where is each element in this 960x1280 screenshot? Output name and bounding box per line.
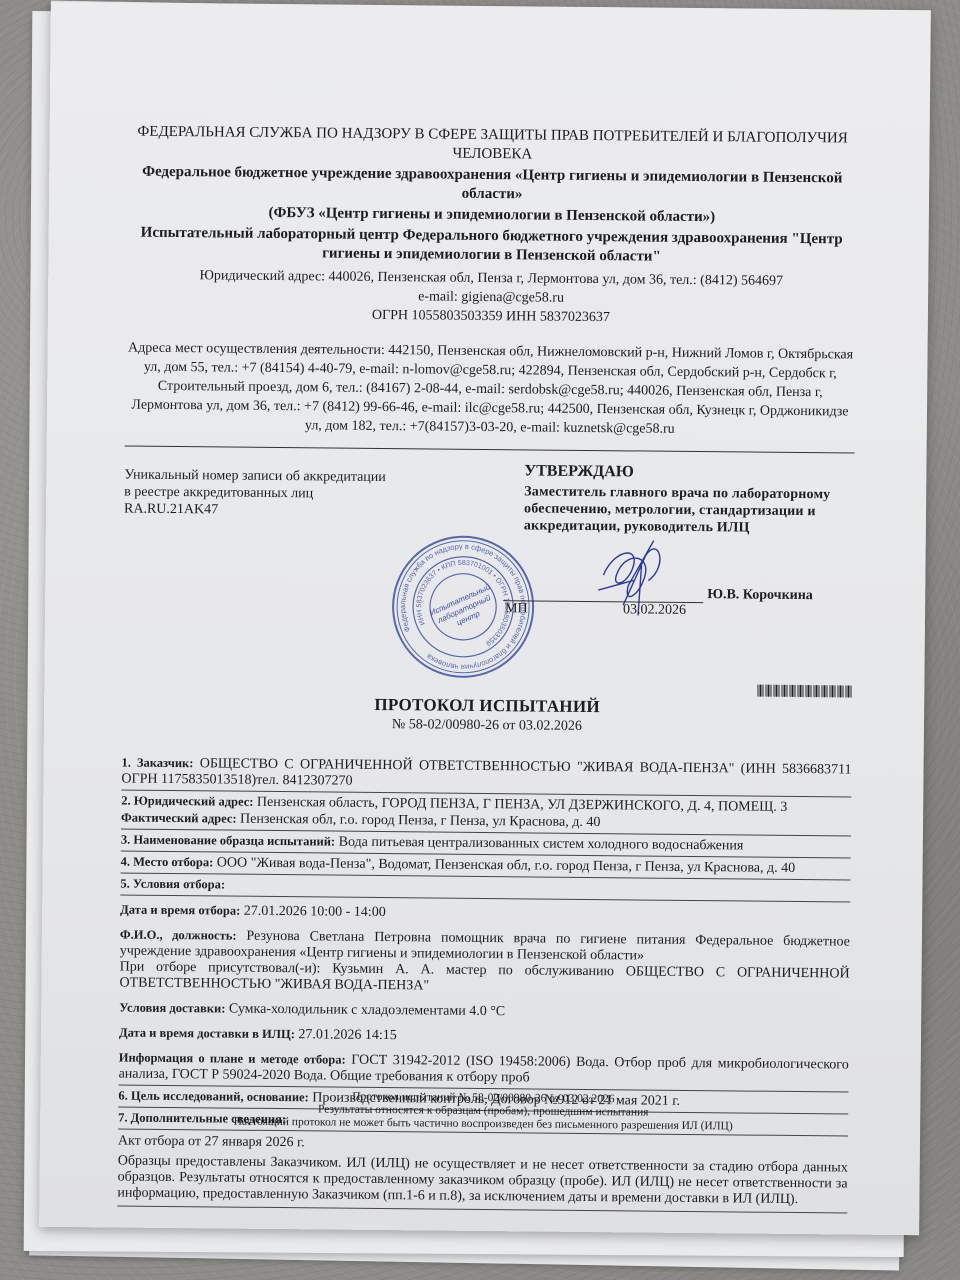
field-sampler: Ф.И.О., должность: Резунова Светлана Пет… bbox=[119, 925, 850, 1005]
approval-block: УТВЕРЖДАЮ Заместитель главного врача по … bbox=[522, 462, 854, 675]
accreditation-block: Уникальный номер записи об аккредитации … bbox=[123, 467, 425, 672]
signature-line bbox=[503, 580, 703, 603]
legal-address-label: 2. Юридический адрес: bbox=[121, 794, 253, 809]
protocol-fields: 1. Заказчик: ОБЩЕСТВО С ОГРАНИЧЕННОЙ ОТВ… bbox=[117, 753, 851, 1214]
activity-addresses: Адреса мест осуществления деятельности: … bbox=[125, 339, 856, 441]
sampling-datetime-label: Дата и время отбора: bbox=[120, 903, 240, 918]
place-value: ООО "Живая вода-Пенза", Водомат, Пензенс… bbox=[217, 855, 795, 876]
delivery-datetime-label: Дата и время доставки в ИЛЦ: bbox=[119, 1026, 295, 1042]
seal-place-label: МП bbox=[505, 600, 528, 617]
actual-address-label: Фактический адрес: bbox=[121, 811, 237, 826]
sampling-datetime-value: 27.01.2026 10:00 - 14:00 bbox=[244, 904, 386, 920]
approval-date: 03.02.2026 bbox=[623, 601, 686, 619]
institution-name: Федеральное бюджетное учреждение здравоо… bbox=[127, 163, 857, 208]
actual-address-value: Пензенская обл, г.о. город Пенза, г Пенз… bbox=[240, 812, 600, 830]
sample-label: 3. Наименование образца испытаний: bbox=[121, 833, 335, 849]
accreditation-approval-row: Уникальный номер записи об аккредитации … bbox=[123, 459, 855, 676]
signer-name: Ю.В. Корочкина bbox=[707, 586, 813, 604]
field-additional-content: Акт отбора от 27 января 2026 г. Образцы … bbox=[117, 1130, 848, 1214]
accreditation-number: RA.RU.21AK47 bbox=[124, 501, 424, 521]
approver-role: Заместитель главного врача по лабораторн… bbox=[524, 483, 854, 537]
document-content: ФЕДЕРАЛЬНАЯ СЛУЖБА ПО НАДЗОРУ В СФЕРЕ ЗА… bbox=[117, 123, 857, 1214]
letterhead: ФЕДЕРАЛЬНАЯ СЛУЖБА ПО НАДЗОРУ В СФЕРЕ ЗА… bbox=[126, 123, 858, 330]
lab-center-name: Испытательный лабораторный центр Федерал… bbox=[126, 224, 856, 269]
place-label: 4. Место отбора: bbox=[121, 855, 214, 870]
customer-value: ОБЩЕСТВО С ОГРАНИЧЕННОЙ ОТВЕТСТВЕННОСТЬЮ… bbox=[121, 756, 851, 788]
page-footer: Протокол испытаний № 58-02/00980-26 от 0… bbox=[118, 1089, 848, 1135]
method-label: Информация о плане и методе отбора: bbox=[119, 1051, 346, 1067]
present-value: При отборе присутствовал(-и): Кузьмин А.… bbox=[119, 960, 849, 994]
sample-value: Вода питьевая централизованных систем хо… bbox=[339, 835, 744, 854]
delivery-label: Условия доставки: bbox=[119, 1001, 225, 1016]
person-label: Ф.И.О., должность: bbox=[120, 928, 237, 943]
approval-title: УТВЕРЖДАЮ bbox=[524, 462, 854, 482]
customer-label: 1. Заказчик: bbox=[122, 756, 194, 771]
agency-name: ФЕДЕРАЛЬНАЯ СЛУЖБА ПО НАДЗОРУ В СФЕРЕ ЗА… bbox=[127, 123, 857, 168]
barcode-icon bbox=[757, 685, 852, 698]
disclaimer-text: Образцы предоставлены Заказчиком. ИЛ (ИЛ… bbox=[117, 1152, 847, 1211]
divider bbox=[125, 446, 855, 454]
conditions-label: 5. Условия отбора: bbox=[120, 877, 225, 892]
delivery-datetime-value: 27.01.2026 14:15 bbox=[298, 1027, 397, 1043]
document-page: ФЕДЕРАЛЬНАЯ СЛУЖБА ПО НАДЗОРУ В СФЕРЕ ЗА… bbox=[39, 2, 931, 1235]
delivery-value: Сумка-холодильник с хладоэлементами 4.0 … bbox=[229, 1002, 505, 1020]
